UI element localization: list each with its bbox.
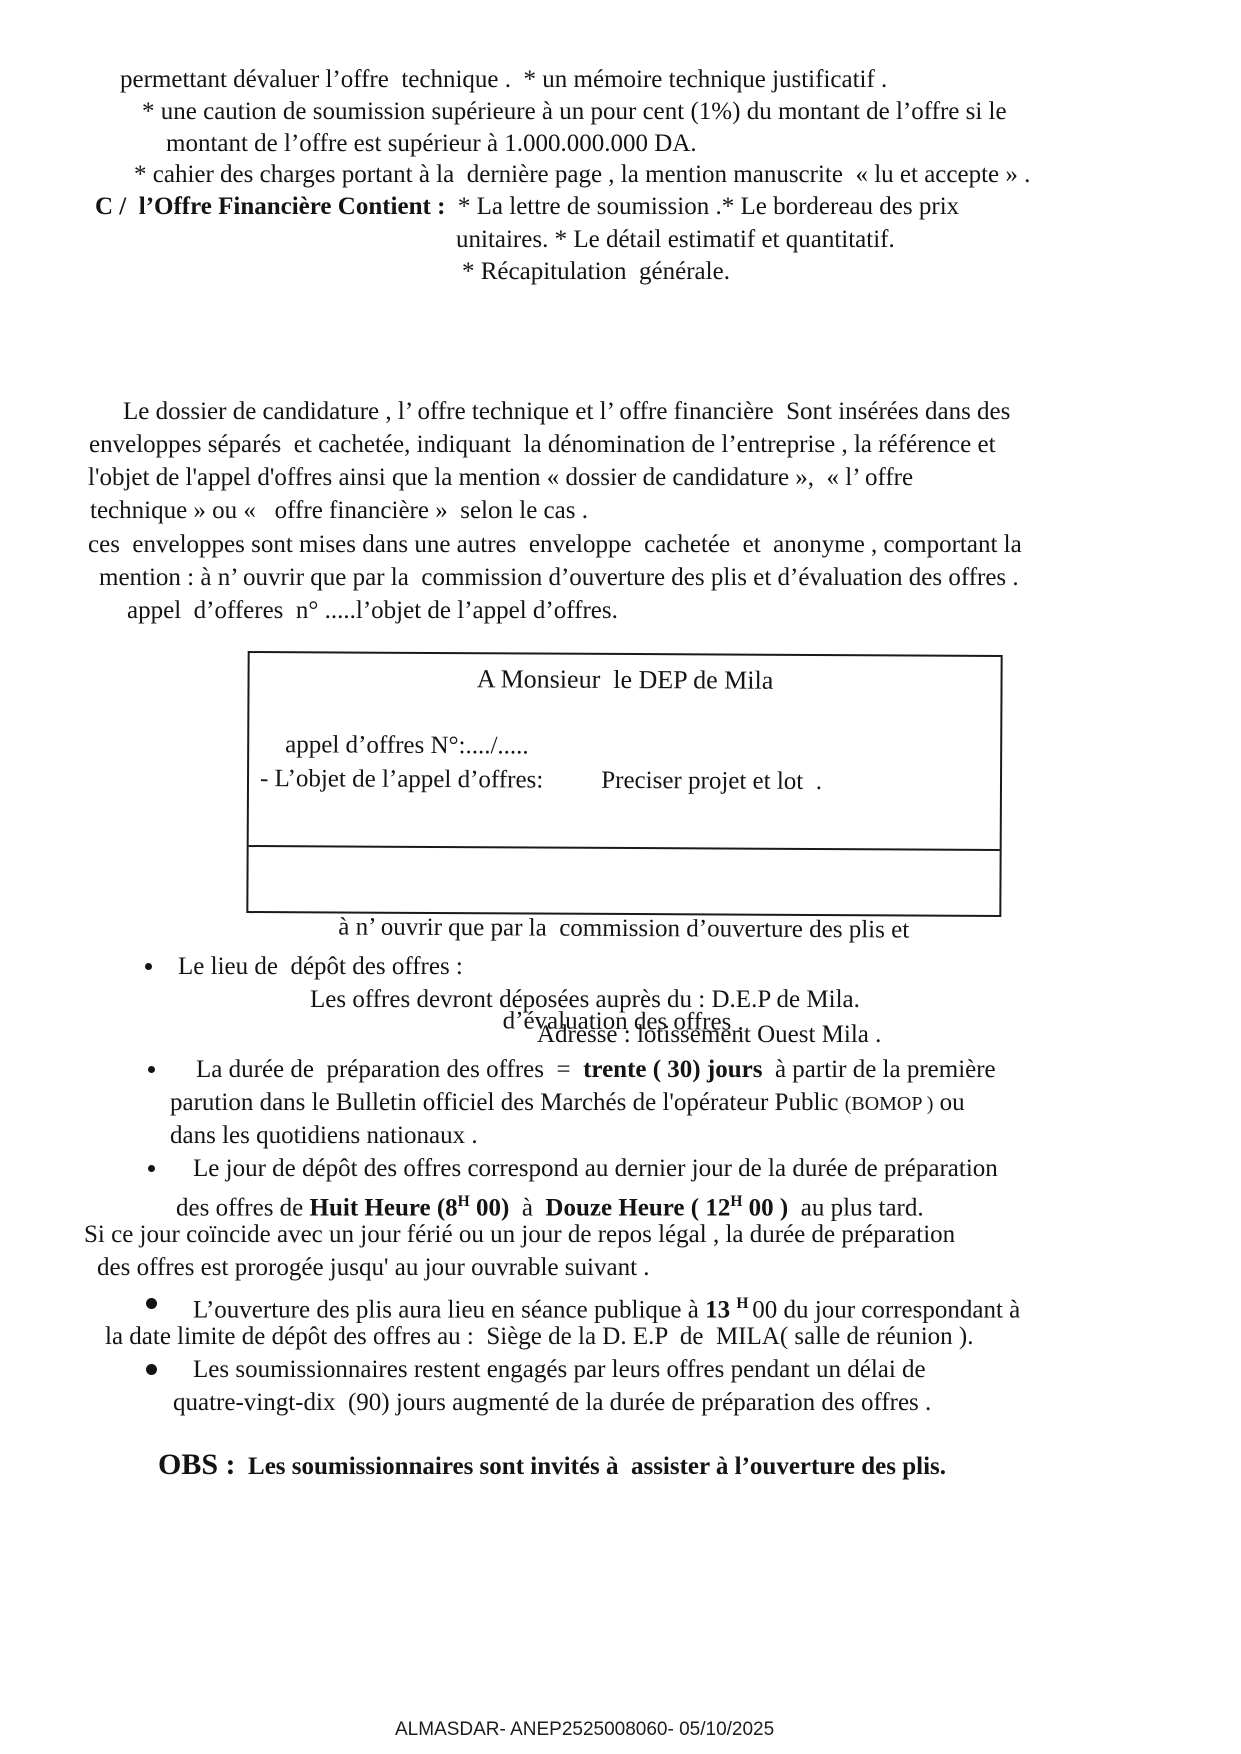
object-value: Preciser projet et lot . (601, 767, 822, 795)
financial-offer-line: C / l’Offre Financière Contient : * La l… (95, 190, 959, 223)
duree-pre: La durée de préparation des offres = (196, 1056, 583, 1083)
jour-line-1: Le jour de dépôt des offres correspond a… (193, 1152, 998, 1185)
duree-line-3: dans les quotidiens nationaux . (170, 1119, 478, 1152)
footer-reference: ALMASDAR- ANEP2525008060- 05/10/2025 (395, 1719, 774, 1741)
ouverture-time-sup: H (736, 1295, 752, 1312)
envelopes-line-7: appel d’offeres n° .....l’objet de l’app… (127, 594, 618, 627)
envelope-box-object: - L’objet de l’appel d’offres:Preciser p… (260, 762, 822, 798)
financial-offer-items: * La lettre de soumission .* Le borderea… (445, 193, 959, 220)
bullet-icon (146, 1364, 157, 1375)
envelopes-line-4: technique » ou « offre financière » selo… (90, 494, 588, 527)
intro-line-6: unitaires. * Le détail estimatif et quan… (456, 223, 895, 256)
bullet-icon (146, 1298, 157, 1309)
depot-line-1: Le lieu de dépôt des offres : (178, 950, 463, 983)
object-label: - L’objet de l’appel d’offres: (260, 765, 543, 793)
bomop-abbrev: (BOMOP ) (845, 1093, 934, 1115)
obs-text: Les soumissionnaires sont invités à assi… (236, 1453, 946, 1480)
intro-line-7: * Récapitulation générale. (462, 255, 730, 288)
intro-line-3: montant de l’offre est supérieur à 1.000… (166, 127, 697, 160)
bullet-icon (148, 1066, 155, 1073)
duree-post: à partir de la première (762, 1056, 995, 1083)
huit-heure-sup: H (458, 1193, 470, 1210)
duree-duration: trente ( 30) jours (583, 1056, 762, 1083)
bullet-icon (148, 1165, 155, 1172)
envelope-address-box: A Monsieur le DEP de Mila appel d’offres… (246, 651, 1002, 917)
envelope-box-ref: appel d’offres N°:..../..... (285, 728, 529, 762)
document-page: permettant dévaluer l’offre technique . … (0, 0, 1241, 1754)
douze-heure-sup: H (730, 1193, 742, 1210)
depot-line-2: Les offres devront déposées auprès du : … (310, 983, 860, 1016)
financial-offer-heading: C / l’Offre Financière Contient : (95, 193, 445, 220)
envelopes-line-5: ces enveloppes sont mises dans une autre… (88, 528, 1022, 561)
envelopes-line-2: enveloppes séparés et cachetée, indiquan… (89, 428, 996, 461)
bullet-icon (145, 963, 152, 970)
obs-line: OBS : Les soumissionnaires sont invités … (158, 1448, 946, 1483)
duree-line-2: parution dans le Bulletin officiel des M… (170, 1086, 965, 1121)
envelope-box-title: A Monsieur le DEP de Mila (249, 663, 1000, 697)
envelopes-line-3: l'objet de l'appel d'offres ainsi que la… (88, 461, 913, 494)
duree-line-1: La durée de préparation des offres = tre… (196, 1053, 996, 1086)
envelopes-line-1: Le dossier de candidature , l’ offre tec… (123, 395, 1010, 428)
engagement-line-2: quatre-vingt-dix (90) jours augmenté de … (173, 1386, 931, 1419)
intro-line-2: * une caution de soumission supérieure à… (142, 95, 1007, 128)
ouverture-line-2: la date limite de dépôt des offres au : … (105, 1320, 974, 1353)
envelopes-line-6: mention : à n’ ouvrir que par la commiss… (99, 561, 1019, 594)
depot-line-3: Adresse : lotissement Ouest Mila . (537, 1018, 881, 1051)
ferie-line-1: Si ce jour coïncide avec un jour férié o… (84, 1218, 955, 1251)
envelope-box-upper: A Monsieur le DEP de Mila appel d’offres… (249, 653, 1001, 849)
intro-line-4: * cahier des charges portant à la derniè… (134, 158, 1030, 191)
notice-line-1: à n’ ouvrir que par la commission d’ouve… (248, 911, 999, 946)
duree-line2a: parution dans le Bulletin officiel des M… (170, 1089, 845, 1116)
intro-line-1: permettant dévaluer l’offre technique . … (120, 63, 887, 96)
engagement-line-1: Les soumissionnaires restent engagés par… (193, 1353, 926, 1386)
obs-label: OBS : (158, 1448, 236, 1481)
duree-line2c: ou (933, 1089, 964, 1116)
ferie-line-2: des offres est prorogée jusqu' au jour o… (97, 1251, 650, 1284)
